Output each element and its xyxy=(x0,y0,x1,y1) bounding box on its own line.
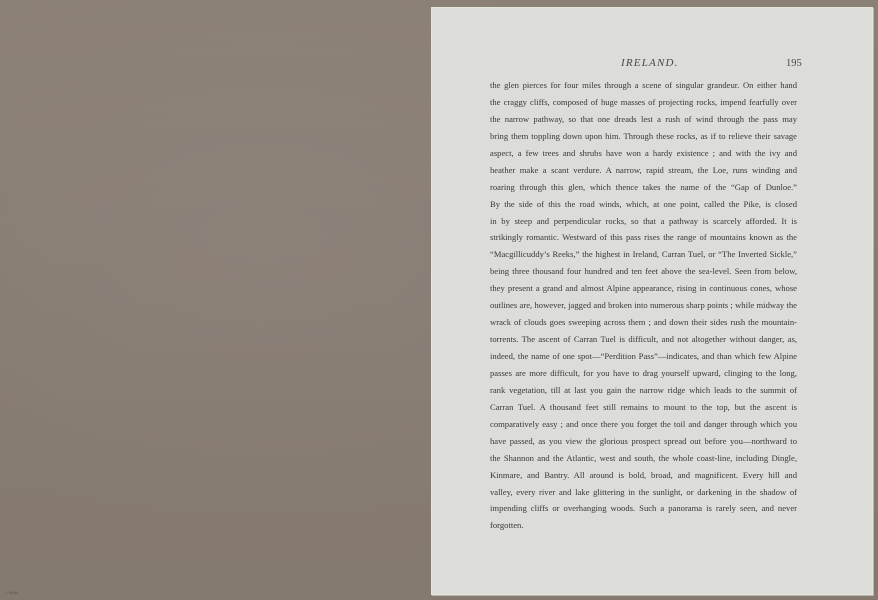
text-line: impending cliffs or overhanging woods. S… xyxy=(490,500,797,517)
book-page: IRELAND. 195 the glen pierces for four m… xyxy=(431,7,873,595)
text-line: roaring through this glen, which thence … xyxy=(490,179,797,196)
text-line: Kinmare, and Bantry. All around is bold,… xyxy=(490,467,797,484)
text-line: Carran Tuel. A thousand feet still remai… xyxy=(490,399,797,416)
running-head-title: IRELAND. xyxy=(621,57,679,69)
running-head: IRELAND. 195 xyxy=(431,57,873,73)
text-line: rank vegetation, till at last you gain t… xyxy=(490,382,797,399)
text-line: aspect, a few trees and shrubs have won … xyxy=(490,145,797,162)
text-line: outlines are, however, jagged and broken… xyxy=(490,297,797,314)
text-line: bring them toppling down upon him. Throu… xyxy=(490,128,797,145)
text-line: wrack of clouds goes sweeping across the… xyxy=(490,314,797,331)
text-line: heather make a scant verdure. A narrow, … xyxy=(490,162,797,179)
text-line: the craggy cliffs, composed of huge mass… xyxy=(490,94,797,111)
text-line: By the side of this the road winds, whic… xyxy=(490,196,797,213)
blank-facing-board: • Mitts xyxy=(0,0,431,600)
text-line: the narrow pathway, so that one dreads l… xyxy=(490,111,797,128)
text-line: they present a grand and almost Alpine a… xyxy=(490,280,797,297)
text-line: passes are more difficult, for you have … xyxy=(490,365,797,382)
text-line: being three thousand four hundred and te… xyxy=(490,263,797,280)
text-line: the glen pierces for four miles through … xyxy=(490,77,797,94)
text-line: strikingly romantic. Westward of this pa… xyxy=(490,229,797,246)
text-line: the Shannon and the Atlantic, west and s… xyxy=(490,450,797,467)
text-line: forgotten. xyxy=(490,517,797,534)
text-line: indeed, the name of one spot—“Perdition … xyxy=(490,348,797,365)
text-line: “Macgillicuddy’s Reeks,” the highest in … xyxy=(490,246,797,263)
body-paragraph: the glen pierces for four miles through … xyxy=(490,77,797,534)
text-line: have passed, as you view the glorious pr… xyxy=(490,433,797,450)
text-line: valley, every river and lake glittering … xyxy=(490,484,797,501)
text-line: torrents. The ascent of Carran Tuel is d… xyxy=(490,331,797,348)
text-line: in by steep and perpendicular rocks, so … xyxy=(490,213,797,230)
page-number: 195 xyxy=(786,58,802,69)
archive-stamp: • Mitts xyxy=(6,590,18,595)
text-line: comparatively easy ; and once there you … xyxy=(490,416,797,433)
